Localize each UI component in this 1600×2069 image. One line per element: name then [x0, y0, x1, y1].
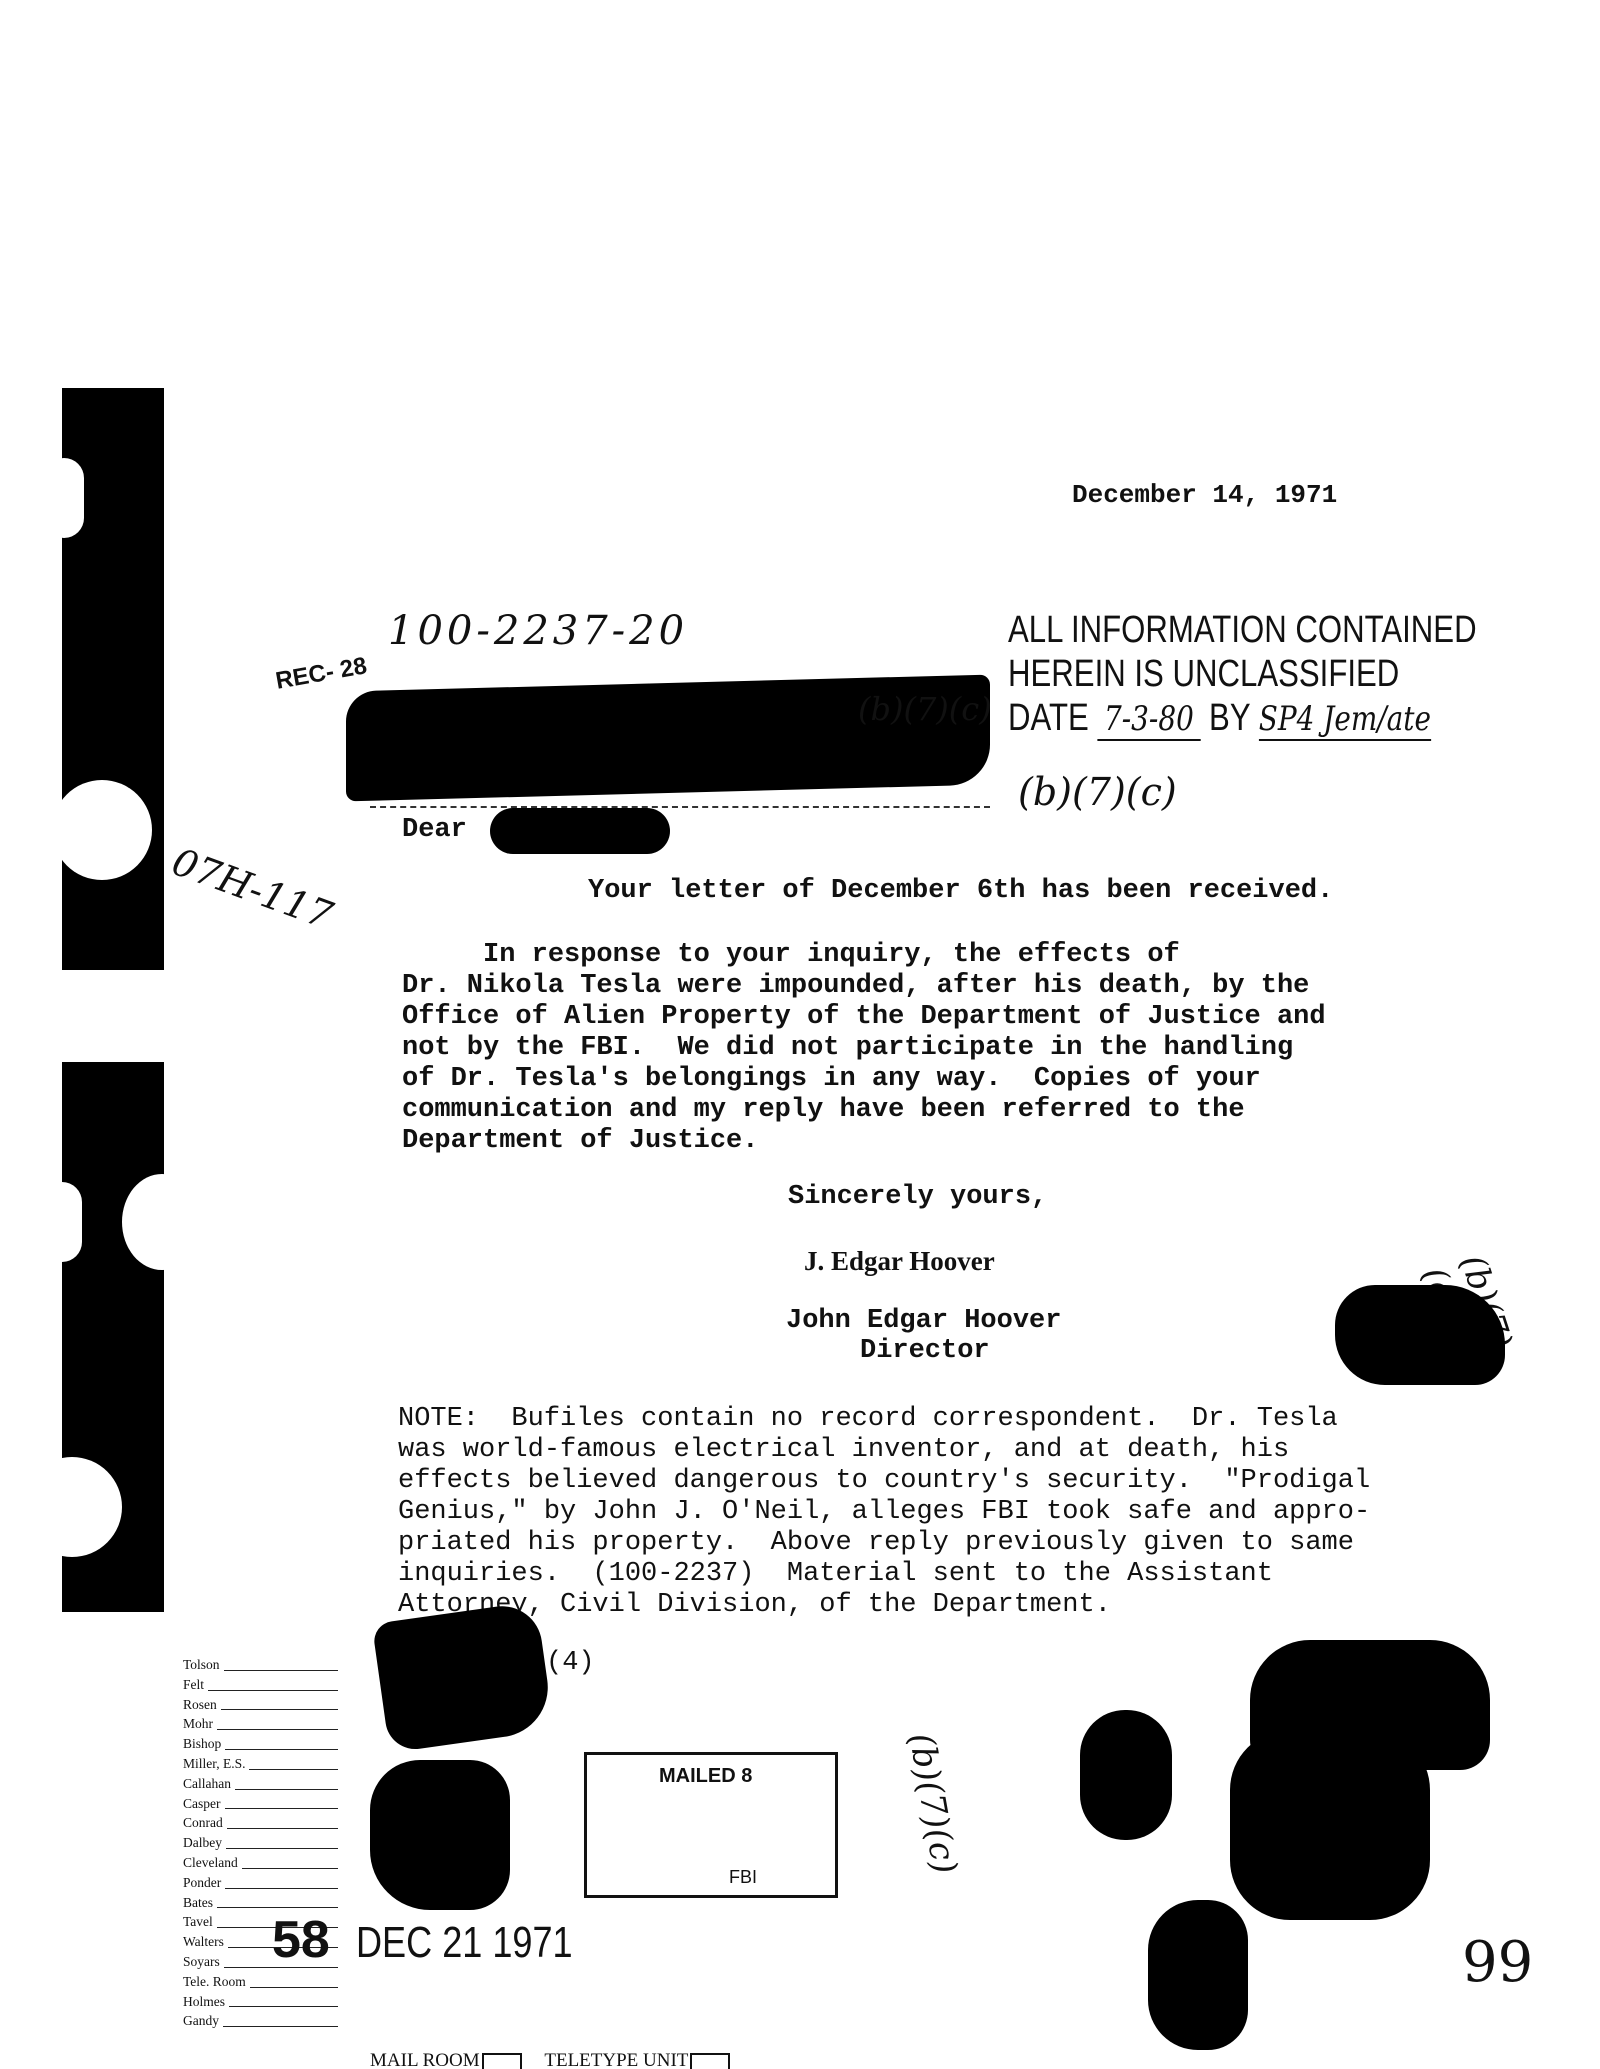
salutation: Dear: [402, 815, 467, 846]
paragraph-line: not by the FBI. We did not participate i…: [402, 1033, 1326, 1064]
routing-row: Miller, E.S.: [183, 1754, 338, 1774]
classification-line-2: HEREIN IS UNCLASSIFIED: [1008, 652, 1477, 696]
note-line: NOTE: Bufiles contain no record correspo…: [398, 1404, 1370, 1435]
classification-by-label: BY: [1209, 697, 1250, 739]
routing-row: Casper: [183, 1794, 338, 1814]
punch-hole: [122, 1174, 202, 1270]
binder-margin-top: [62, 388, 164, 970]
punch-hole: [44, 458, 84, 538]
received-stamp-date: DEC 21 1971: [356, 1918, 573, 1968]
mail-room-label: MAIL ROOM: [370, 2050, 480, 2069]
mailed-stamp-title: MAILED 8: [659, 1765, 752, 1788]
received-stamp-prefix: 58: [272, 1910, 330, 1970]
paragraph-line: of Dr. Tesla's belongings in any way. Co…: [402, 1064, 1326, 1095]
copies-count: (4): [546, 1648, 595, 1679]
paragraph-line: communication and my reply have been ref…: [402, 1095, 1326, 1126]
note-line: inquiries. (100-2237) Material sent to t…: [398, 1559, 1370, 1590]
routing-row: Holmes: [183, 1992, 338, 2012]
routing-row: Gandy: [183, 2011, 338, 2031]
paragraph-line: Department of Justice.: [402, 1126, 1326, 1157]
routing-row: Tolson: [183, 1655, 338, 1675]
exemption-mark-2: (b)(7)(c): [1018, 770, 1177, 814]
classification-line-1: ALL INFORMATION CONTAINED: [1008, 608, 1477, 652]
teletype-checkbox[interactable]: [690, 2053, 730, 2069]
note-line: priated his property. Above reply previo…: [398, 1528, 1370, 1559]
file-number-handwritten: 100-2237-20: [388, 608, 688, 654]
routing-row: Callahan: [183, 1774, 338, 1794]
routing-row: Cleveland: [183, 1853, 338, 1873]
classification-date-row: DATE 7-3-80 BY SP4 Jem/ate: [1008, 696, 1477, 741]
letter-date: December 14, 1971: [1072, 480, 1337, 511]
rec-stamp: REC- 28: [274, 652, 369, 696]
punch-hole: [42, 1182, 82, 1262]
paragraph-line: Dr. Nikola Tesla were impounded, after h…: [402, 971, 1326, 1002]
salutation-rule: [370, 806, 990, 808]
redaction-bottom-left-2: [370, 1760, 510, 1910]
routing-row: Bishop: [183, 1734, 338, 1754]
classification-date: 7-3-80: [1097, 699, 1200, 741]
mailed-stamp-agency: FBI: [729, 1867, 757, 1888]
exemption-mark-1: (b)(7)(c): [858, 690, 992, 728]
redaction-bottom-right-3: [1230, 1730, 1430, 1920]
note-line: effects believed dangerous to country's …: [398, 1466, 1370, 1497]
punch-hole: [52, 780, 152, 880]
routing-list: Tolson Felt Rosen Mohr Bishop Miller, E.…: [183, 1655, 338, 2031]
redaction-bottom-right-1: [1080, 1710, 1172, 1840]
signature: J. Edgar Hoover: [804, 1246, 995, 1277]
binder-margin-bottom: [62, 1062, 164, 1612]
routing-row: Mohr: [183, 1714, 338, 1734]
note-line: Genius," by John J. O'Neil, alleges FBI …: [398, 1497, 1370, 1528]
note-line: was world-famous electrical inventor, an…: [398, 1435, 1370, 1466]
letter-paragraph-1: Your letter of December 6th has been rec…: [588, 876, 1333, 907]
teletype-label: TELETYPE UNIT: [544, 2050, 688, 2069]
redaction-bottom-right-4: [1148, 1900, 1248, 2050]
signer-name: John Edgar Hoover: [786, 1306, 1061, 1337]
note-line: Attorney, Civil Division, of the Departm…: [398, 1590, 1370, 1621]
paragraph-line: Office of Alien Property of the Departme…: [402, 1002, 1326, 1033]
closing: Sincerely yours,: [788, 1182, 1047, 1213]
mail-room-checkbox[interactable]: [482, 2053, 522, 2069]
redaction-signature-right: [1335, 1285, 1505, 1385]
routing-row: Felt: [183, 1675, 338, 1695]
mailed-stamp-box: MAILED 8 FBI: [584, 1752, 838, 1898]
paragraph-line: In response to your inquiry, the effects…: [402, 940, 1326, 971]
routing-row: Conrad: [183, 1813, 338, 1833]
classification-date-label: DATE: [1008, 697, 1089, 739]
punch-hole: [22, 1457, 122, 1557]
redaction-bottom-left-1: [372, 1601, 554, 1753]
routing-row: Tele. Room: [183, 1972, 338, 1992]
routing-checkboxes: MAIL ROOM TELETYPE UNIT: [370, 2050, 730, 2069]
page-number-handwritten: 99: [1462, 1930, 1533, 1995]
margin-code-handwritten: 07H-117: [166, 839, 338, 937]
exemption-mark-4: (b)(7)(c): [901, 1730, 965, 1877]
letter-paragraph-2: In response to your inquiry, the effects…: [402, 940, 1326, 1157]
routing-row: Rosen: [183, 1695, 338, 1715]
note-block: NOTE: Bufiles contain no record correspo…: [398, 1404, 1370, 1621]
routing-row: Ponder: [183, 1873, 338, 1893]
routing-row: Dalbey: [183, 1833, 338, 1853]
classification-by: SP4 Jem/ate: [1259, 699, 1431, 741]
redaction-salutation-name: [490, 808, 670, 854]
signer-title: Director: [860, 1336, 990, 1367]
declassification-stamp: ALL INFORMATION CONTAINED HEREIN IS UNCL…: [1008, 608, 1477, 741]
